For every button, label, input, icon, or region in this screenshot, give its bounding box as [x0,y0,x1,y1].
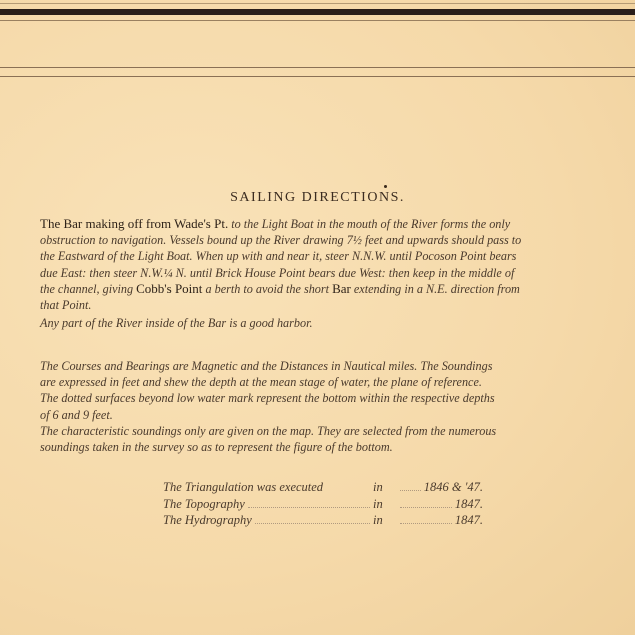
survey-label: The Hydrography [163,513,252,528]
border-rule-thin [0,20,635,21]
dot-leader [400,506,452,508]
survey-row: The Hydrographyin1847. [163,513,483,530]
survey-label: The Triangulation was executed [163,480,323,495]
survey-row: The Topographyin1847. [163,497,483,514]
text-segment: Any part of the River inside of the Bar … [40,316,313,330]
survey-in: in [373,513,397,528]
text-segment: to the Light Boat in the mouth of the Ri… [228,217,510,231]
soundings-notes-paragraph: The Courses and Bearings are Magnetic an… [40,358,625,455]
text-segment: Bar [332,281,351,296]
text-line: The dotted surfaces beyond low water mar… [40,390,625,406]
text-line: The Bar making off from Wade's Pt. to th… [40,216,625,232]
text-segment: obstruction to navigation. Vessels bound… [40,233,521,247]
survey-label: The Topography [163,497,245,512]
ink-dot [384,185,387,188]
survey-dates-table: The Triangulation was executedin1846 & '… [163,480,483,530]
survey-year: 1847. [455,513,483,528]
sailing-directions-paragraph: The Bar making off from Wade's Pt. to th… [40,216,625,331]
dot-leader [248,506,370,508]
dot-leader [400,522,452,524]
text-line: are expressed in feet and shew the depth… [40,374,625,390]
text-line: soundings taken in the survey so as to r… [40,439,625,455]
text-segment: due East: then steer N.W.¼ N. until Bric… [40,266,514,280]
text-line: obstruction to navigation. Vessels bound… [40,232,625,248]
text-line: the channel, giving Cobb's Point a berth… [40,281,625,297]
text-segment: the Eastward of the Light Boat. When up … [40,249,516,263]
text-segment: extending in a N.E. direction from [351,282,520,296]
border-rule-double-lower [0,76,635,77]
text-line: the Eastward of the Light Boat. When up … [40,248,625,264]
border-rule-thick [0,9,635,15]
dot-leader [400,489,421,491]
text-line: due East: then steer N.W.¼ N. until Bric… [40,265,625,281]
survey-year: 1847. [455,497,483,512]
border-rule-double-upper [0,67,635,68]
text-line: of 6 and 9 feet. [40,407,625,423]
survey-row: The Triangulation was executedin1846 & '… [163,480,483,497]
text-segment: that Point. [40,298,91,312]
text-line: The characteristic soundings only are gi… [40,423,625,439]
border-rule-thin-top [0,3,635,4]
survey-in: in [373,480,397,495]
text-segment: The Bar making off from Wade's Pt. [40,216,228,231]
text-line: The Courses and Bearings are Magnetic an… [40,358,625,374]
survey-in: in [373,497,397,512]
dot-leader [255,522,370,524]
survey-year: 1846 & '47. [424,480,483,495]
text-segment: Cobb's Point [136,281,202,296]
text-line: Any part of the River inside of the Bar … [40,315,625,331]
text-segment: the channel, giving [40,282,136,296]
text-line: that Point. [40,297,625,313]
text-segment: a berth to avoid the short [202,282,332,296]
page-title: SAILING DIRECTIONS. [0,190,635,206]
